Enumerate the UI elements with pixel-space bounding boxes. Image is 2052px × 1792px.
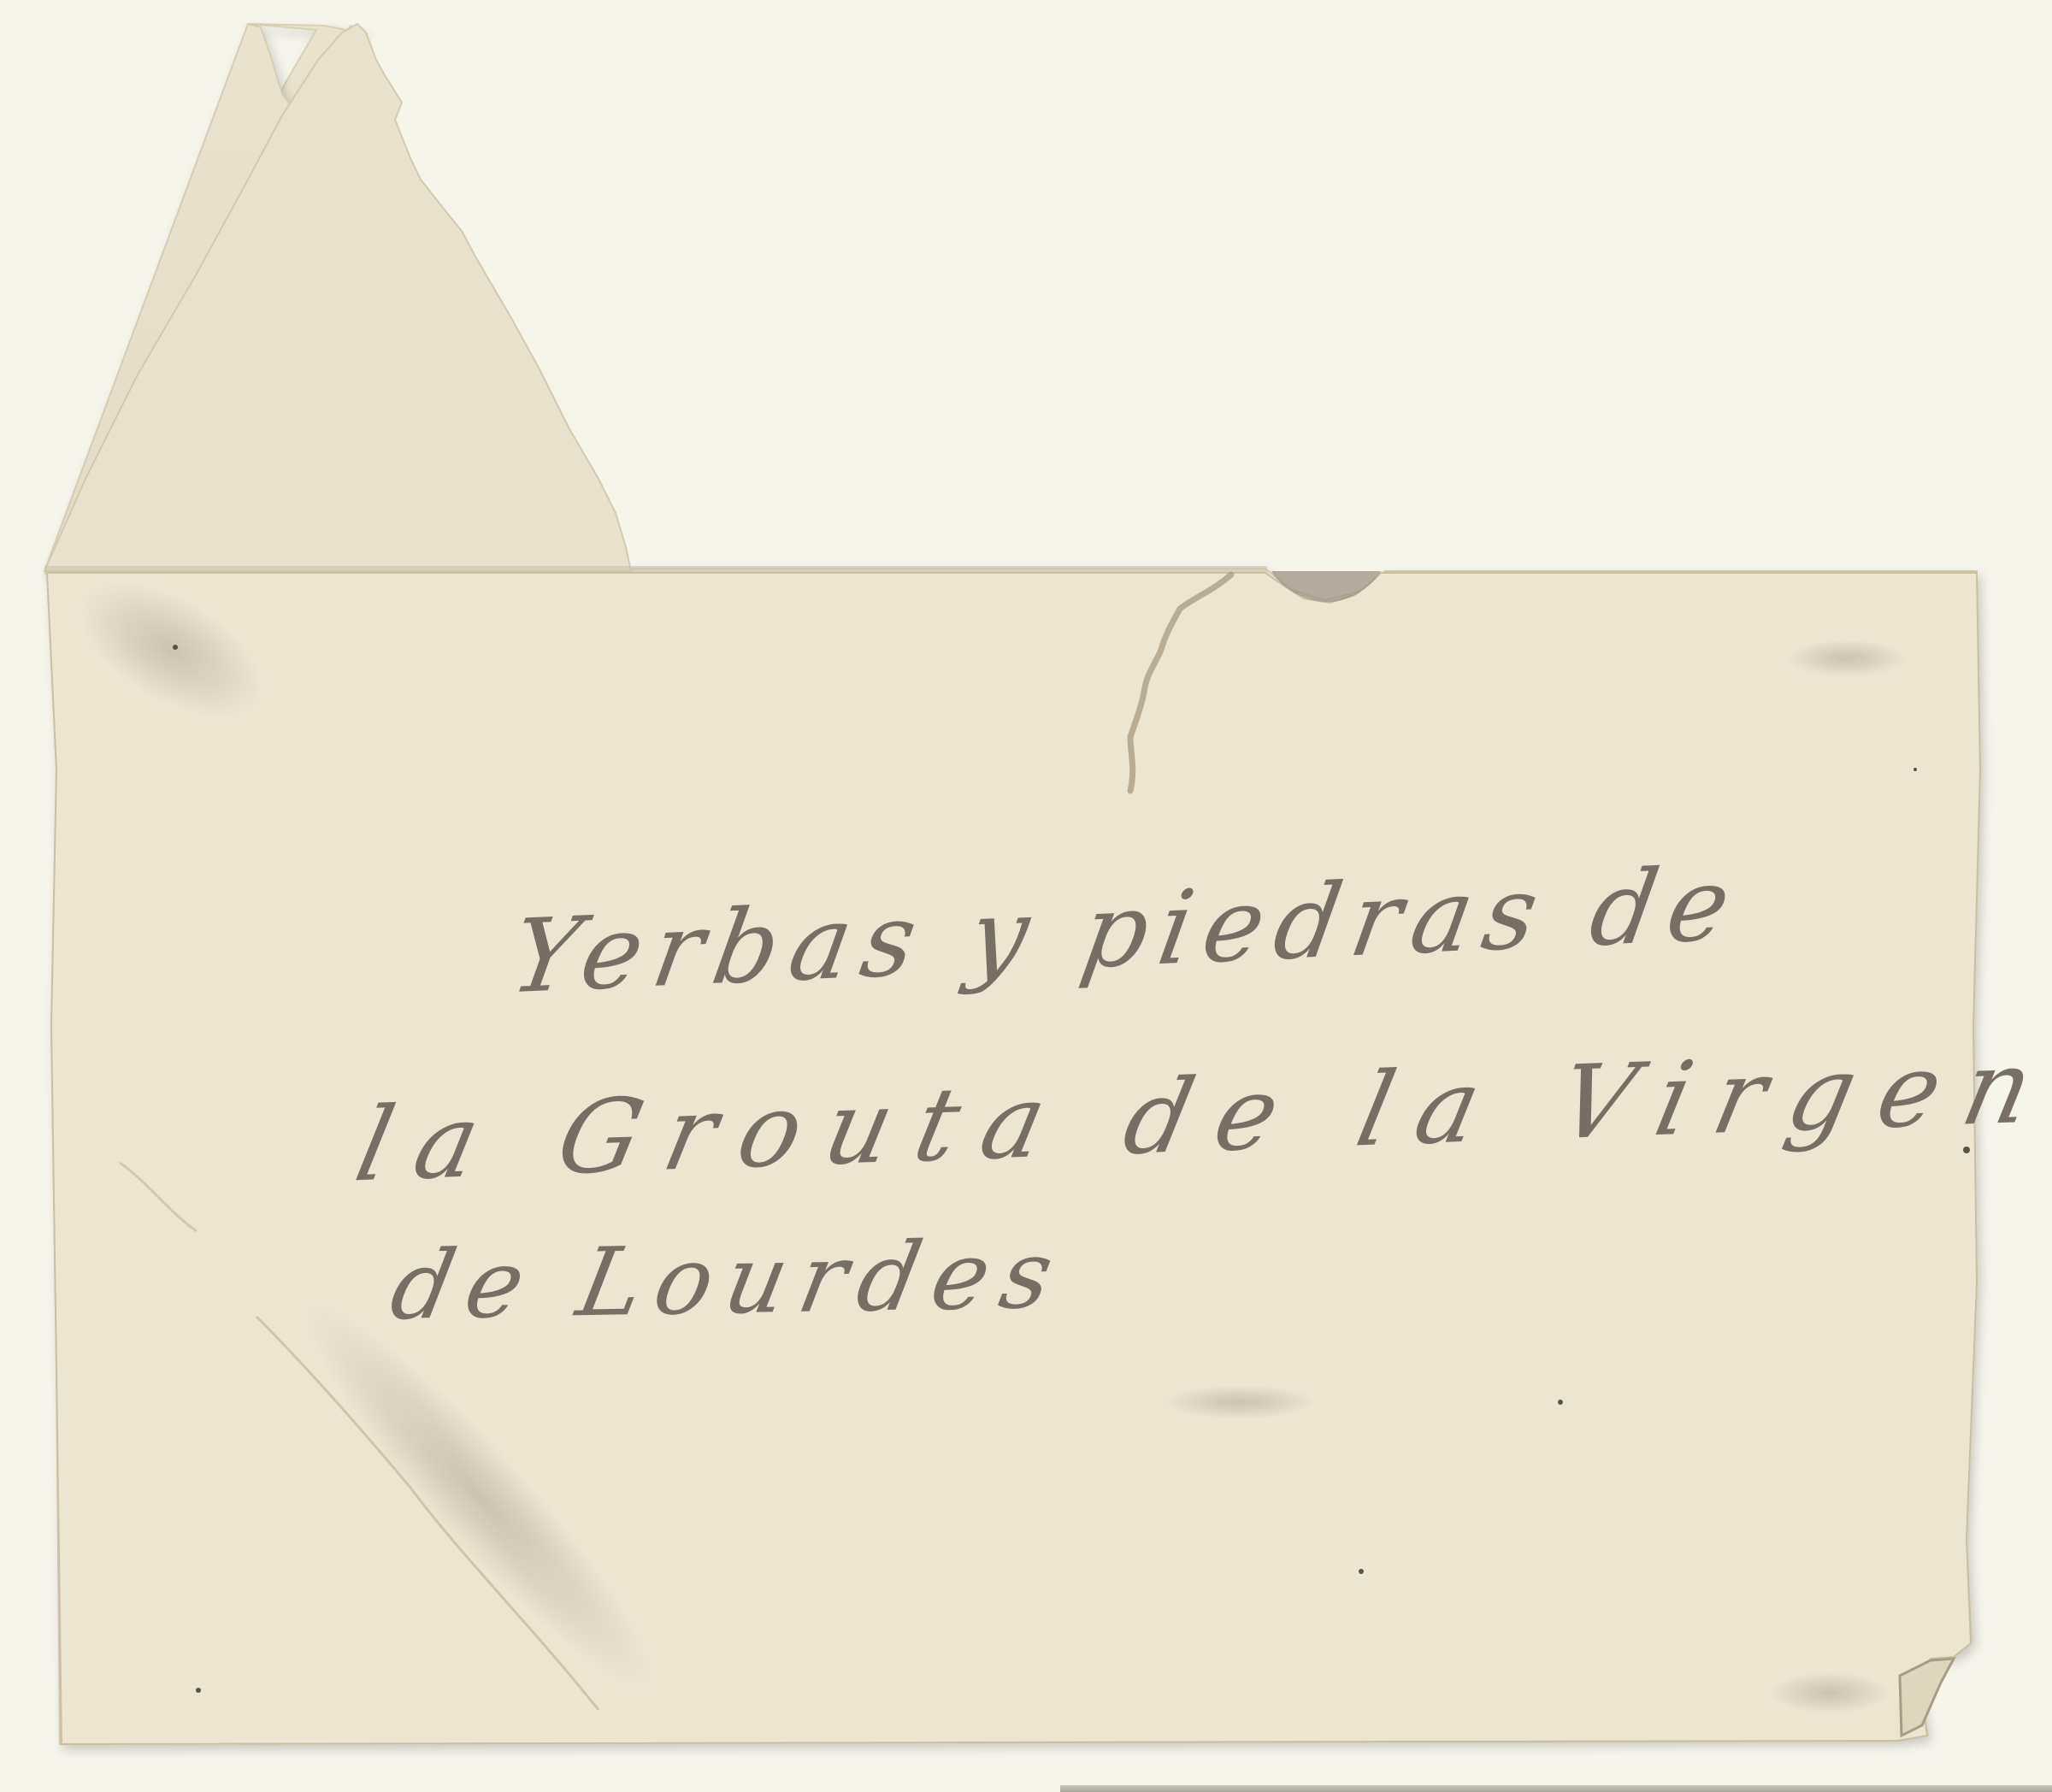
document-photo: Yerbas y piedras de la Grouta de la Virg… [0,0,2052,1792]
stain [1787,640,1907,677]
scan-edge-strip [1060,1785,2052,1792]
inscription-line-3: de Lourdes [383,1219,1076,1341]
flap-realistic [44,24,631,571]
stain [1163,1385,1317,1419]
stain [1770,1671,1890,1714]
